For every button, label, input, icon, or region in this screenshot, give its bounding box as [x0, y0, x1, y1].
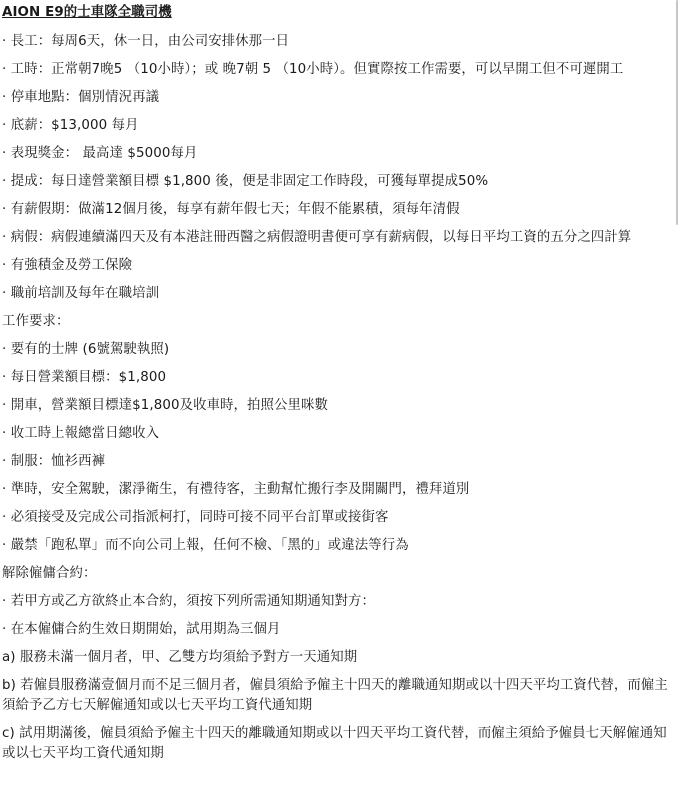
paragraph-clause-b: b) 若僱員服務滿壹個月而不足三個月者，僱員須給予僱主十四天的離職通知期或以十四… [2, 676, 674, 716]
paragraph-training: · 職前培訓及每年在職培訓 [2, 284, 674, 304]
paragraph-clause-a: a) 服務未滿一個月者，甲、乙雙方均須給予對方一天通知期 [2, 648, 674, 668]
vertical-scrollbar[interactable] [675, 0, 679, 808]
paragraph-uniform: · 制服：恤衫西褲 [2, 452, 674, 472]
document-title: AION E9的士車隊全職司機 [2, 2, 674, 26]
paragraph-daily-target: · 每日營業額目標：$1,800 [2, 368, 674, 388]
paragraph-clause-c: c) 試用期滿後，僱員須給予僱主十四天的離職通知期或以十四天平均工資代替，而僱主… [2, 724, 674, 764]
paragraph-bonus: · 表現獎金： 最高達 $5000每月 [2, 144, 674, 164]
paragraph-prohibitions: · 嚴禁「跑私單」而不向公司上報，任何不檢、「黑的」或違法等行為 [2, 536, 674, 556]
paragraph-work-days: · 長工：每周6天，休一日，由公司安排休那一日 [2, 32, 674, 52]
paragraph-odometer-photo: · 開車，營業額目標達$1,800及收車時，拍照公里咪數 [2, 396, 674, 416]
paragraph-conduct: · 準時，安全駕駛，潔淨衛生，有禮待客，主動幫忙搬行李及開關門，禮拜道別 [2, 480, 674, 500]
document-body: AION E9的士車隊全職司機 · 長工：每周6天，休一日，由公司安排休那一日 … [2, 0, 674, 772]
paragraph-base-salary: · 底薪：$13,000 每月 [2, 116, 674, 136]
paragraph-mpf-insurance: · 有強積金及勞工保險 [2, 256, 674, 276]
paragraph-report-income: · 收工時上報總當日總收入 [2, 424, 674, 444]
paragraph-commission: · 提成：每日達營業額目標 $1,800 後，便是非固定工作時段，可獲每單提成5… [2, 172, 674, 192]
section-heading-requirements: 工作要求： [2, 312, 674, 332]
section-heading-termination: 解除僱傭合約： [2, 564, 674, 584]
paragraph-sick-leave: · 病假：病假連續滿四天及有本港註冊西醫之病假證明書便可享有薪病假，以每日平均工… [2, 228, 674, 248]
paragraph-parking: · 停車地點：個別情況再議 [2, 88, 674, 108]
paragraph-probation: · 在本僱傭合約生效日期開始，試用期為三個月 [2, 620, 674, 640]
scrollbar-thumb[interactable] [676, 0, 678, 225]
paragraph-taxi-license: · 要有的士牌 (6號駕駛執照) [2, 340, 674, 360]
paragraph-notice-required: · 若甲方或乙方欲終止本合約，須按下列所需通知期通知對方： [2, 592, 674, 612]
paragraph-orders: · 必須接受及完成公司指派柯打，同時可接不同平台訂單或接街客 [2, 508, 674, 528]
paragraph-paid-leave: · 有薪假期：做滿12個月後，每享有薪年假七天；年假不能累積，須每年清假 [2, 200, 674, 220]
paragraph-work-hours: · 工時：正常朝7晚5 （10小時）；或 晚7朝 5 （10小時）。但實際按工作… [2, 60, 674, 80]
